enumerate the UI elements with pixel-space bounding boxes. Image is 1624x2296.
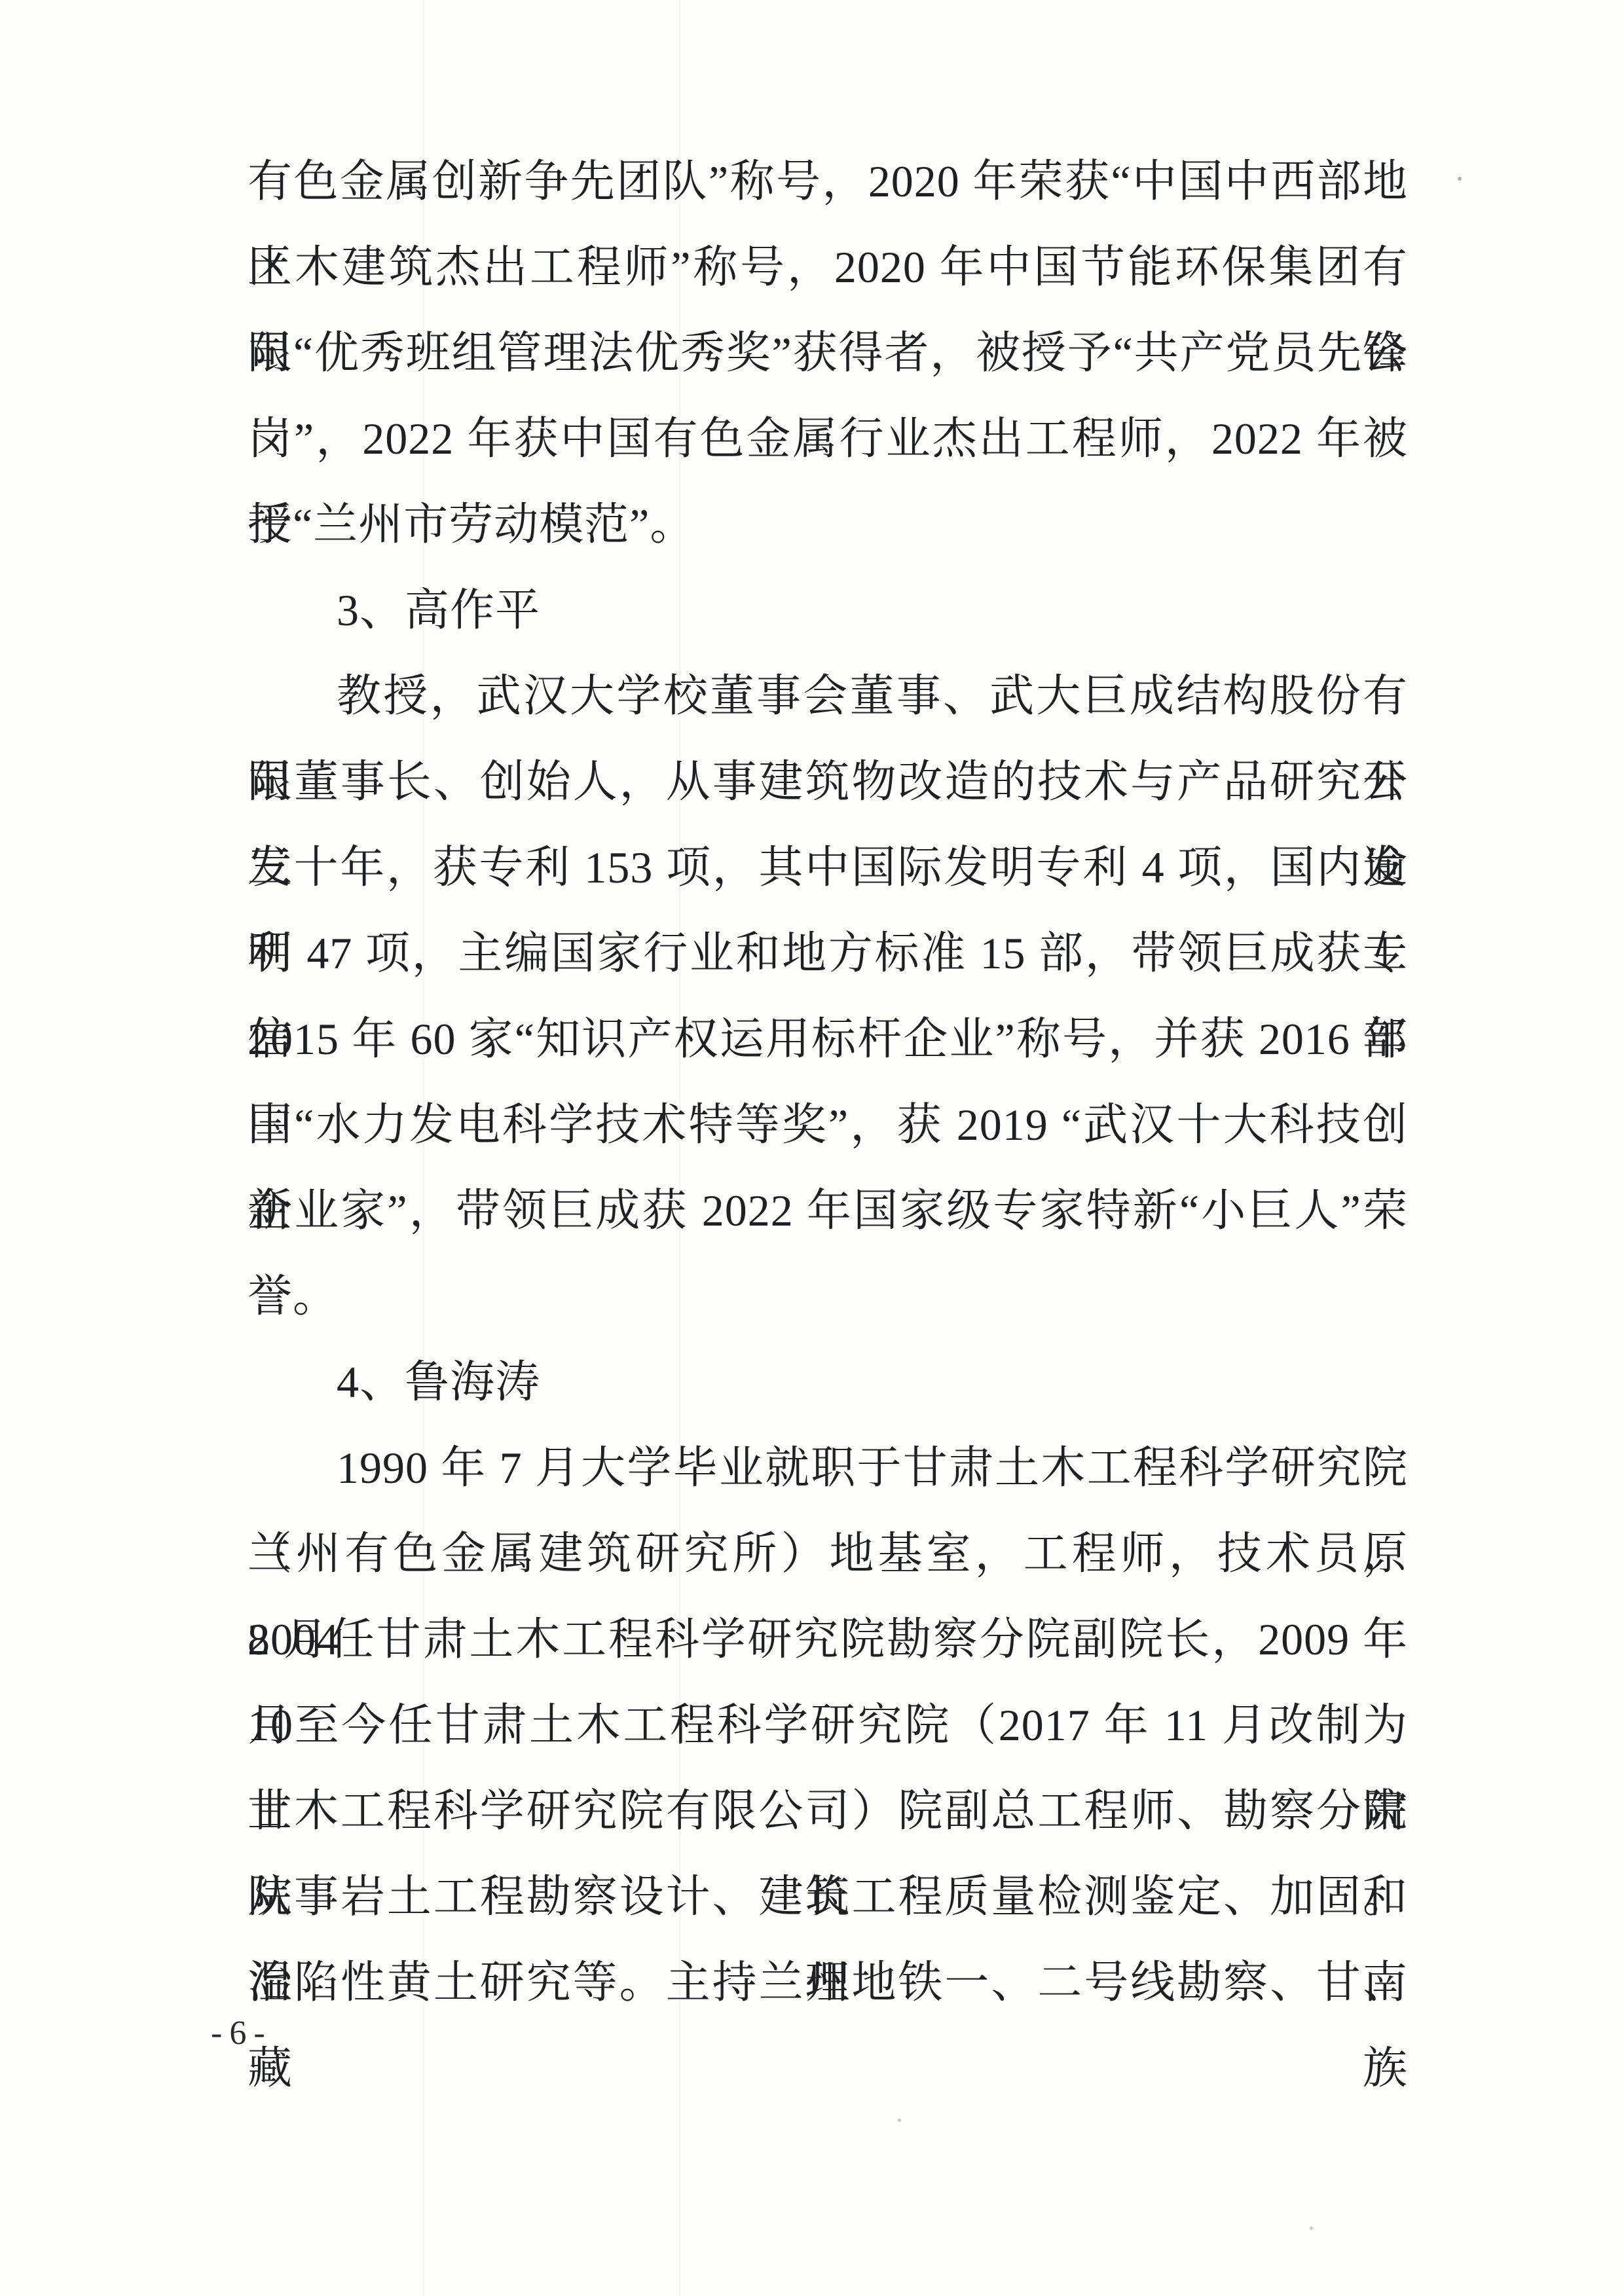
- text-line: 兰州有色金属建筑研究所）地基室，工程师，技术员，2004 年: [248, 1511, 1408, 1597]
- scan-speck: [898, 2119, 901, 2122]
- text-line: 月至今任甘肃土木工程科学研究院（2017 年 11 月改制为甘肃: [248, 1683, 1408, 1768]
- text-line: 企业家”，带领巨成获 2022 年国家级专家特新“小巨人”荣: [248, 1168, 1408, 1254]
- text-line: 从事岩土工程勘察设计、建筑工程质量检测鉴定、加固和治理、: [248, 1854, 1408, 1940]
- document-page: 有色金属创新争先团队”称号，2020 年荣获“中国中西部地区 土木建筑杰出工程师…: [0, 0, 1624, 2296]
- scan-speck: [1458, 177, 1462, 181]
- section-gao-zuoping-paragraph: 教授，武汉大学校董事会董事、武大巨成结构股份有限公 司董事长、创始人，从事建筑物…: [248, 653, 1408, 1339]
- page-number: - 6 -: [211, 2014, 265, 2053]
- section-lu-haitao-paragraph: 1990 年 7 月大学毕业就职于甘肃土木工程科学研究院（原 兰州有色金属建筑研…: [248, 1425, 1408, 2026]
- text-line: 岗”，2022 年获中国有色金属行业杰出工程师，2022 年被授: [248, 396, 1408, 482]
- text-line: 司“优秀班组管理法优秀奖”获得者，被授予“共产党员先锋: [248, 310, 1408, 396]
- text-line: 湿陷性黄土研究等。主持兰州地铁一、二号线勘察、甘南藏族: [248, 1940, 1408, 2026]
- text-line: 2015 年 60 家“知识产权运用标杆企业”称号，并获 2016 年中: [248, 996, 1408, 1082]
- section-heading-gao-zuoping: 3、高作平: [248, 568, 1408, 653]
- text-line: 1990 年 7 月大学毕业就职于甘肃土木工程科学研究院（原: [248, 1425, 1408, 1511]
- continued-paragraph: 有色金属创新争先团队”称号，2020 年荣获“中国中西部地区 土木建筑杰出工程师…: [248, 139, 1408, 568]
- text-line: 三十年，获专利 153 项，其中国际发明专利 4 项，国内发明专: [248, 825, 1408, 911]
- text-line: 8 月任甘肃土木工程科学研究院勘察分院副院长，2009 年 10: [248, 1597, 1408, 1683]
- text-line: 土木工程科学研究院有限公司）院副总工程师、勘察分院院长。: [248, 1768, 1408, 1854]
- text-line: 司董事长、创始人，从事建筑物改造的技术与产品研究开发逾: [248, 739, 1408, 825]
- text-line: 有色金属创新争先团队”称号，2020 年荣获“中国中西部地区: [248, 139, 1408, 225]
- text-line: 教授，武汉大学校董事会董事、武大巨成结构股份有限公: [248, 653, 1408, 739]
- text-line: 誉。: [248, 1254, 1408, 1339]
- text-line: 土木建筑杰出工程师”称号，2020 年中国节能环保集团有限公: [248, 225, 1408, 310]
- text-line: 于“兰州市劳动模范”。: [248, 482, 1408, 568]
- text-line: 利 47 项，主编国家行业和地方标准 15 部，带领巨成获工信部: [248, 911, 1408, 996]
- text-line: 国“水力发电科学技术特等奖”，获 2019 “武汉十大科技创新: [248, 1082, 1408, 1168]
- text-block: 有色金属创新争先团队”称号，2020 年荣获“中国中西部地区 土木建筑杰出工程师…: [248, 139, 1408, 2026]
- section-heading-lu-haitao: 4、鲁海涛: [248, 1339, 1408, 1425]
- scan-speck: [1310, 2227, 1313, 2230]
